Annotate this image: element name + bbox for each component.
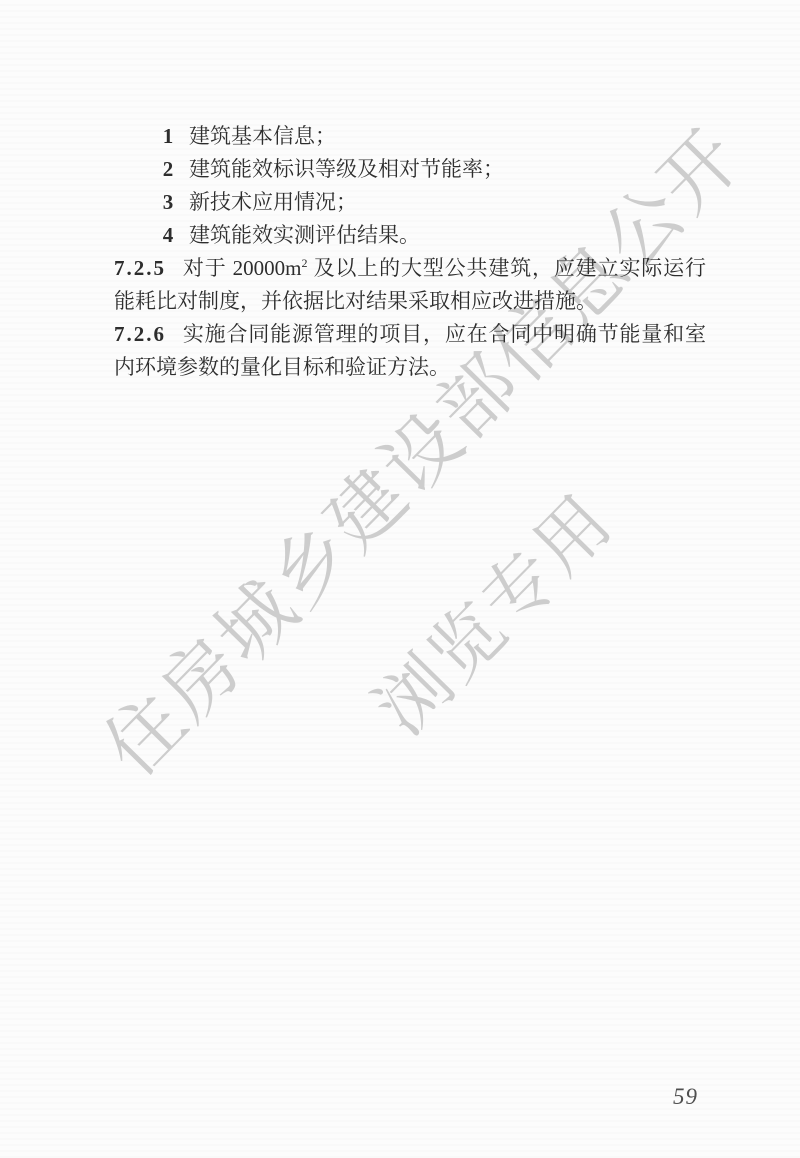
list-item-number: 3 (160, 186, 176, 219)
clause-text: 实施合同能源管理的项目，应在合同中明确节能量和室内环境参数的量化目标和验证方法。 (114, 322, 706, 379)
page-number: 59 (673, 1084, 698, 1110)
list-item-number: 1 (160, 120, 176, 153)
clause-text-pre: 对于 20000m (182, 256, 301, 280)
list-item: 4 建筑能效实测评估结果。 (114, 219, 706, 252)
list-item: 3 新技术应用情况； (114, 186, 706, 219)
list-item-text: 建筑能效实测评估结果。 (189, 219, 420, 252)
page-content: 1 建筑基本信息； 2 建筑能效标识等级及相对节能率； 3 新技术应用情况； 4… (114, 120, 706, 384)
list-item-number: 4 (160, 219, 176, 252)
list-item: 1 建筑基本信息； (114, 120, 706, 153)
list-item-number: 2 (160, 153, 176, 186)
list-item-text: 建筑能效标识等级及相对节能率； (189, 153, 504, 186)
watermark-line2: 浏览专用 (342, 461, 638, 759)
clause-number: 7.2.5 (114, 256, 166, 280)
document-page: 住房城乡建设部信息公开 浏览专用 1 建筑基本信息； 2 建筑能效标识等级及相对… (0, 0, 800, 1158)
clause-7-2-5: 7.2.5对于 20000m2 及以上的大型公共建筑，应建立实际运行能耗比对制度… (114, 252, 706, 318)
list-item-text: 新技术应用情况； (189, 186, 357, 219)
clause-number: 7.2.6 (114, 322, 166, 346)
list-item: 2 建筑能效标识等级及相对节能率； (114, 153, 706, 186)
clause-7-2-6: 7.2.6实施合同能源管理的项目，应在合同中明确节能量和室内环境参数的量化目标和… (114, 318, 706, 384)
list-item-text: 建筑基本信息； (189, 120, 336, 153)
numbered-list: 1 建筑基本信息； 2 建筑能效标识等级及相对节能率； 3 新技术应用情况； 4… (114, 120, 706, 252)
